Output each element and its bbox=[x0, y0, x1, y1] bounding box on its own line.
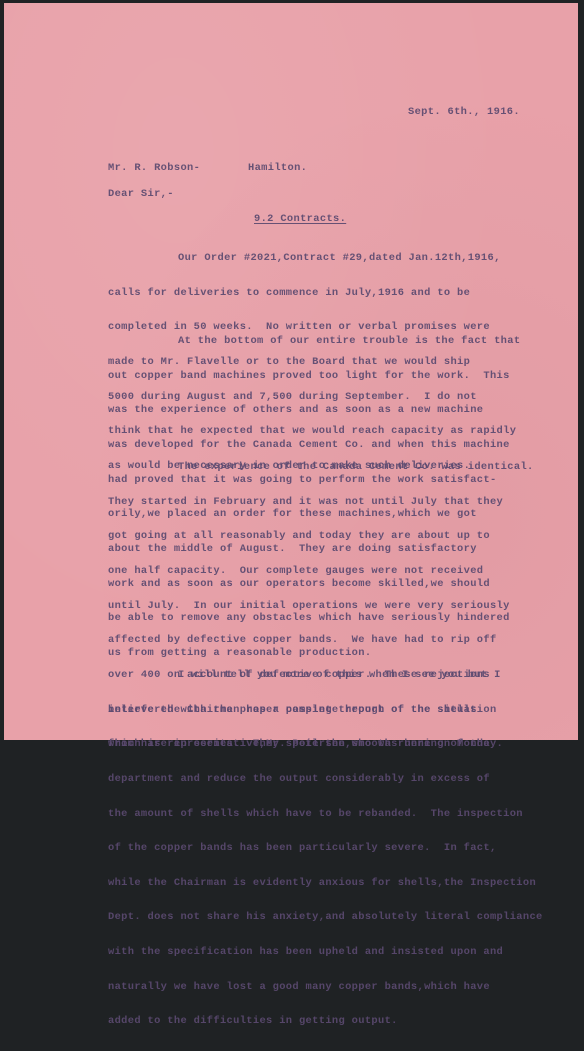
paragraph-line: They started in February and it was not … bbox=[108, 497, 568, 509]
letter-page: Sept. 6th., 1916. Mr. R. Robson- Hamilto… bbox=[4, 3, 578, 740]
recipient-city: Hamilton. bbox=[248, 163, 307, 175]
paragraph-line: affected by defective copper bands. We h… bbox=[108, 635, 568, 647]
paragraph-line: got going at all reasonably and today th… bbox=[108, 531, 568, 543]
recipient-name: Mr. R. Robson- bbox=[108, 163, 200, 175]
paragraph-4: I will tell you more of this when I see … bbox=[108, 647, 568, 745]
paragraph-line: one half capacity. Our complete gauges w… bbox=[108, 566, 568, 578]
subject-heading: 9.2 Contracts. bbox=[254, 214, 346, 226]
letter-date: Sept. 6th., 1916. bbox=[408, 107, 520, 119]
paragraph-line: The experience of the Canada Cement Co. … bbox=[108, 462, 568, 474]
paragraph-line: Our Order #2021,Contract #29,dated Jan.1… bbox=[108, 253, 568, 265]
paragraph-line: At the bottom of our entire trouble is t… bbox=[108, 336, 568, 348]
paragraph-line: was the experience of others and as soon… bbox=[108, 405, 568, 417]
paragraph-line: I will tell you more of this when I see … bbox=[108, 670, 568, 682]
salutation: Dear Sir,- bbox=[108, 189, 174, 201]
paragraph-line: calls for deliveries to commence in July… bbox=[108, 288, 568, 300]
paragraph-line: believe the Chairman has a complete repo… bbox=[108, 705, 568, 717]
paragraph-line: from his representative,Mr. Petersen,who… bbox=[108, 739, 568, 745]
paragraph-line: out copper band machines proved too ligh… bbox=[108, 371, 568, 383]
paragraph-line: until July. In our initial operations we… bbox=[108, 601, 568, 613]
